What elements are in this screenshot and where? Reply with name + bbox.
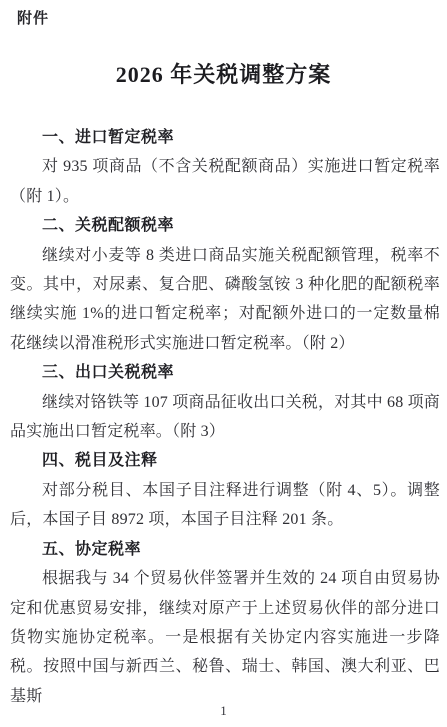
section-heading-tariff-quota-rates: 二、关税配额税率 — [10, 211, 440, 240]
document-title: 2026 年关税调整方案 — [0, 58, 447, 89]
attachment-label: 附件 — [17, 7, 49, 28]
page-number: 1 — [0, 703, 447, 719]
section-heading-tariff-items-and-notes: 四、税目及注释 — [10, 446, 440, 475]
document-body: 一、进口暂定税率 对 935 项商品（不含关税配额商品）实施进口暂定税率（附 1… — [10, 123, 440, 711]
section-heading-agreement-rates: 五、协定税率 — [10, 535, 440, 564]
section-heading-export-tariff-rates: 三、出口关税税率 — [10, 358, 440, 387]
document-page: 附件 2026 年关税调整方案 一、进口暂定税率 对 935 项商品（不含关税配… — [0, 0, 447, 727]
section-body-export-tariff-rates: 继续对铬铁等 107 项商品征收出口关税，对其中 68 项商品实施出口暂定税率。… — [10, 388, 440, 447]
section-body-tariff-quota-rates: 继续对小麦等 8 类进口商品实施关税配额管理，税率不变。其中，对尿素、复合肥、磷… — [10, 241, 440, 359]
section-heading-import-provisional-rates: 一、进口暂定税率 — [10, 123, 440, 152]
section-body-agreement-rates: 根据我与 34 个贸易伙伴签署并生效的 24 项自由贸易协定和优惠贸易安排，继续… — [10, 564, 440, 711]
section-body-import-provisional-rates: 对 935 项商品（不含关税配额商品）实施进口暂定税率（附 1）。 — [10, 152, 440, 211]
section-body-tariff-items-and-notes: 对部分税目、本国子目注释进行调整（附 4、5）。调整后，本国子目 8972 项，… — [10, 476, 440, 535]
